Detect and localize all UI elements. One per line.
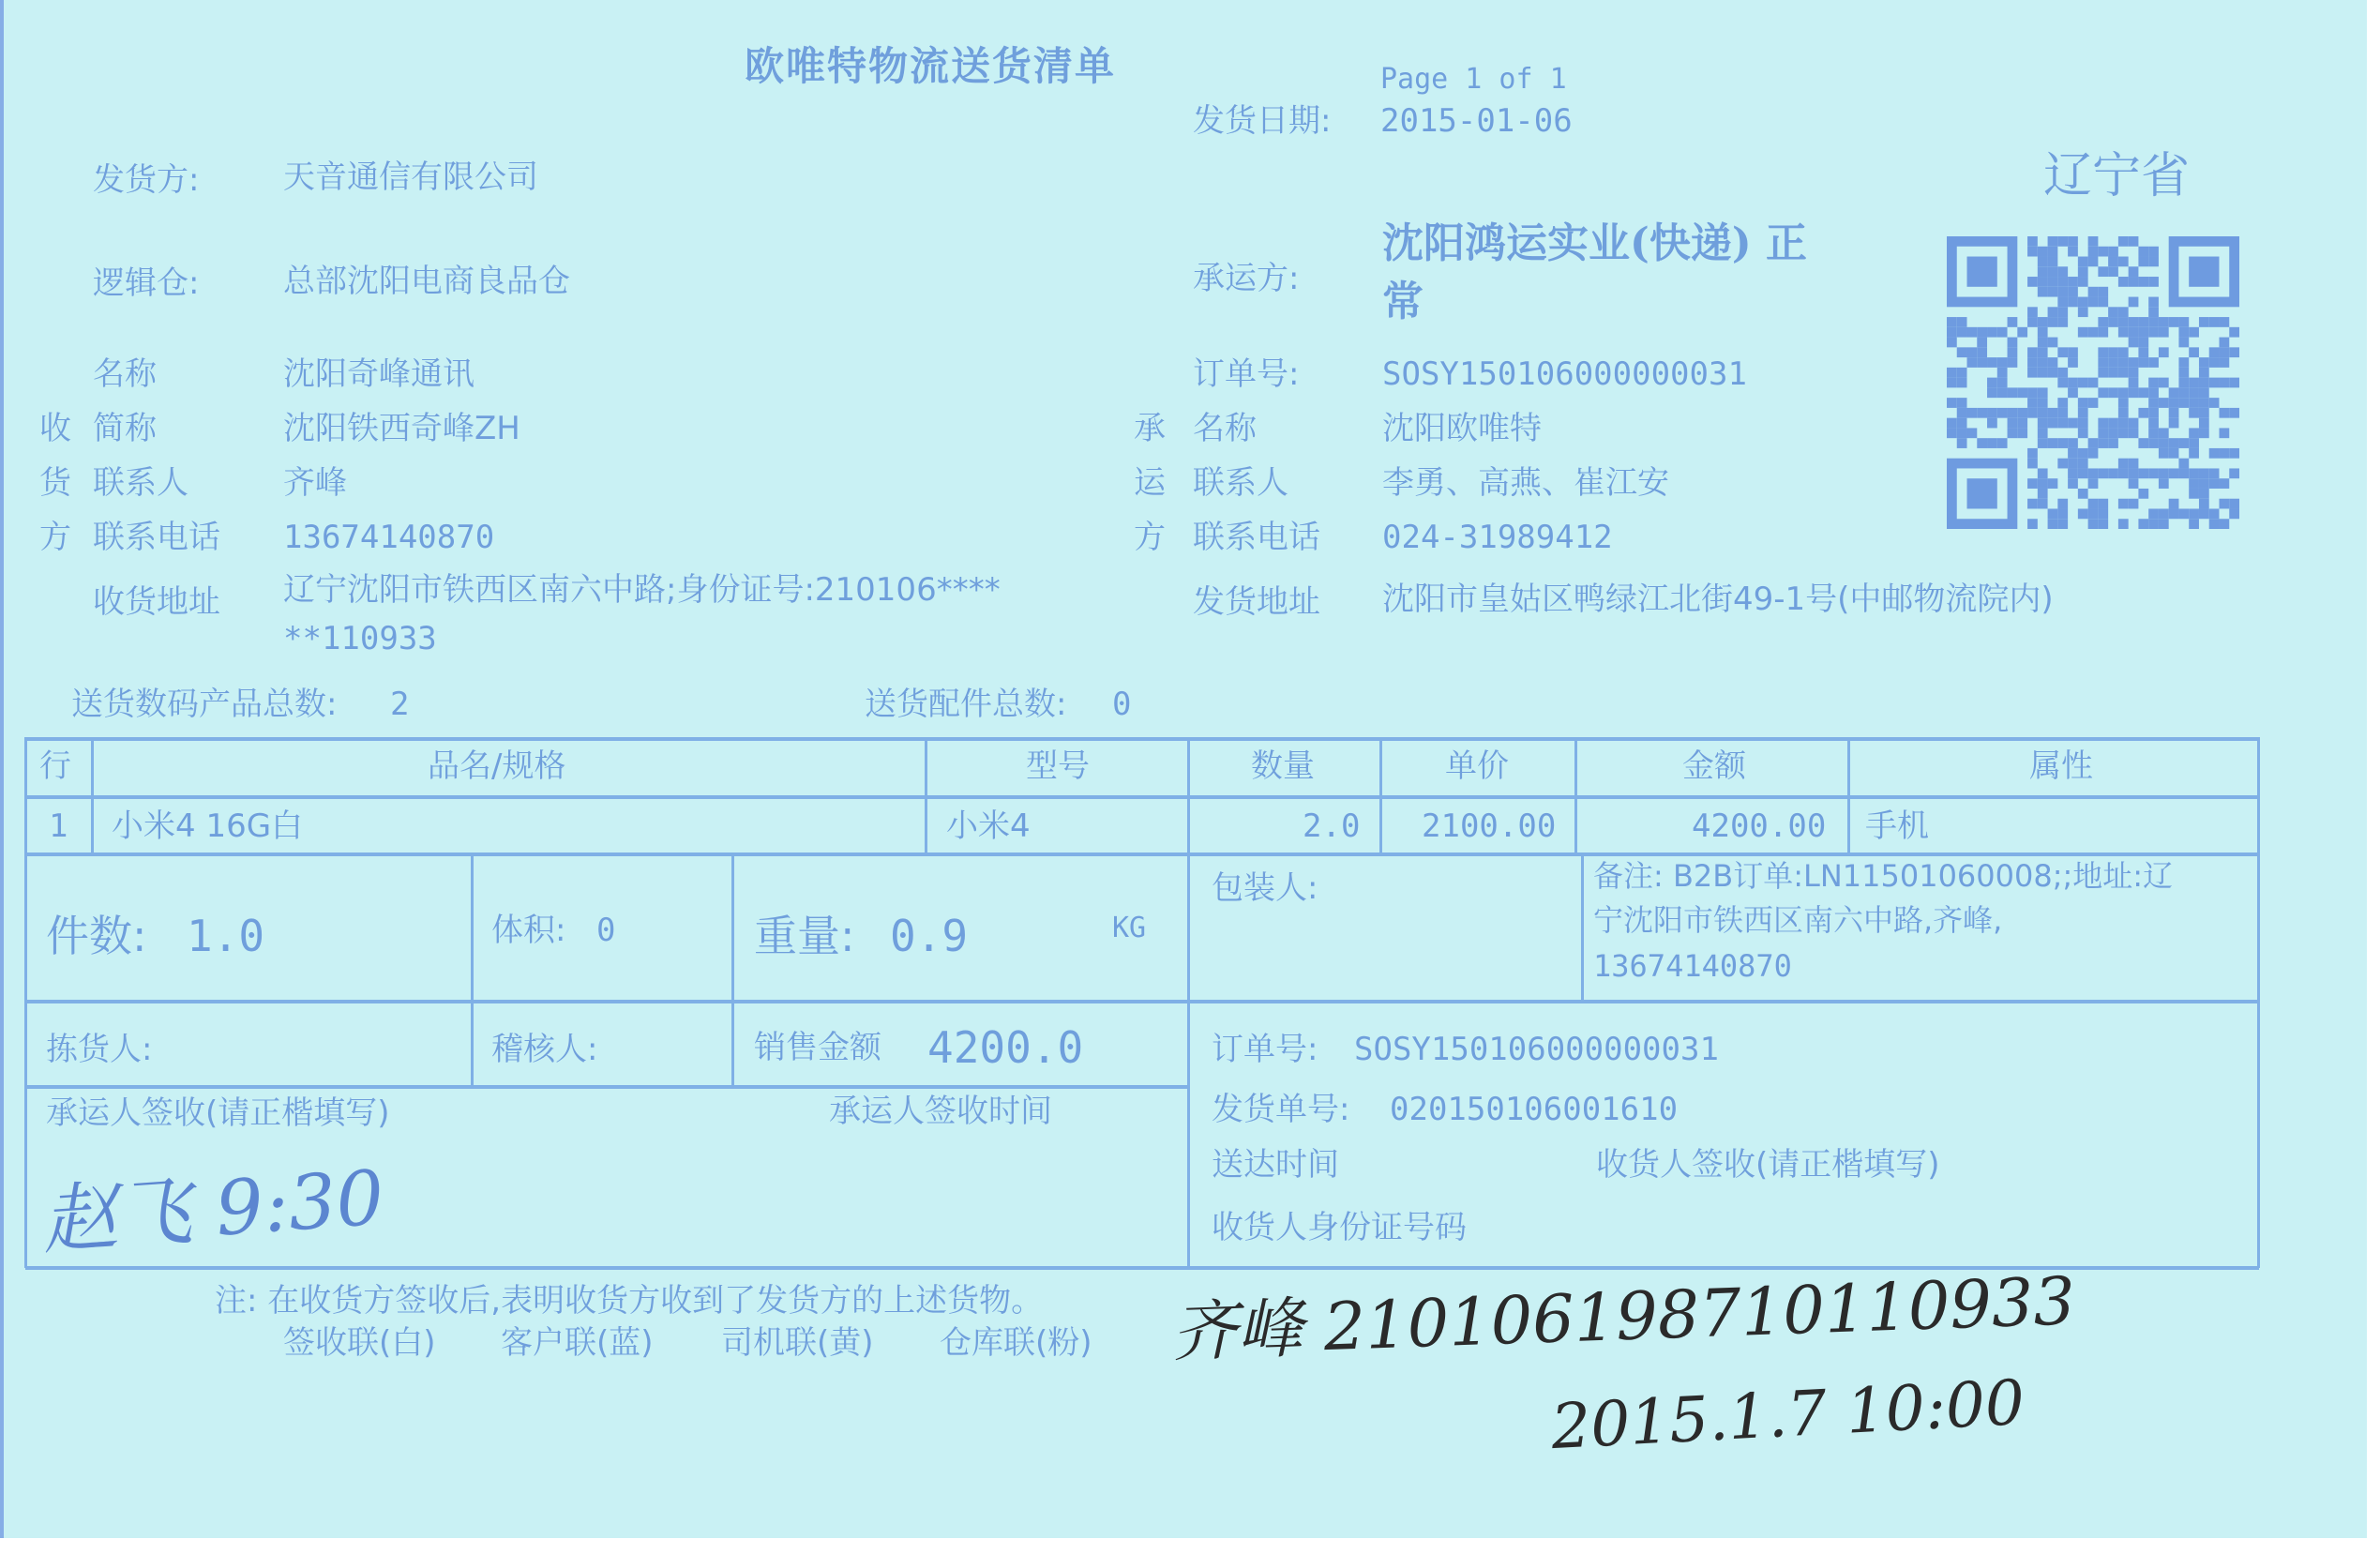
- col-divider: [471, 852, 474, 1087]
- delivery-number-label: 发货单号:: [1212, 1094, 1349, 1125]
- carrier-contact: 李勇、高燕、崔江安: [1382, 467, 1669, 499]
- copy-warehouse: 仓库联(粉): [940, 1327, 1092, 1359]
- footer-note: 注: 在收货方签收后,表明收货方收到了发货方的上述货物。: [215, 1285, 1043, 1317]
- cell-row-number: 1: [49, 810, 68, 842]
- sales-amount: 4200.0: [927, 1026, 1083, 1069]
- carrier-order-label: 订单号:: [1193, 358, 1299, 390]
- col-divider: [925, 737, 927, 854]
- carrier-sign-label: 承运人签收(请正楷填写): [46, 1097, 390, 1129]
- shipper-value: 天音通信有限公司: [283, 161, 538, 193]
- table-border-left: [24, 737, 27, 1268]
- carrier-signature: 赵飞 9:30: [38, 1137, 386, 1268]
- col-divider: [1847, 737, 1850, 854]
- receiver-name-label: 名称: [93, 358, 157, 390]
- col-divider: [1574, 737, 1577, 854]
- copy-customer: 客户联(蓝): [501, 1327, 654, 1359]
- volume-label: 体积:: [491, 914, 565, 946]
- receiver-side-char-3: 方: [39, 521, 71, 553]
- digital-total-label: 送货数码产品总数:: [71, 688, 337, 720]
- carrier-address: 沈阳市皇姑区鸭绿江北街49-1号(中邮物流院内): [1382, 583, 2054, 615]
- header-amount: 金额: [1682, 750, 1746, 782]
- cell-quantity: 2.0: [1303, 810, 1360, 842]
- ship-date-label: 发货日期:: [1193, 105, 1331, 137]
- receiver-phone-label: 联系电话: [93, 521, 220, 553]
- table-border-right: [2257, 737, 2260, 1268]
- carrier-phone: 024-31989412: [1382, 521, 1613, 553]
- ship-date: 2015-01-06: [1380, 105, 1573, 137]
- receiver-address-label: 收货地址: [93, 586, 220, 618]
- summary-divider: [25, 1000, 2259, 1003]
- receiver-sign-label: 收货人签收(请正楷填写): [1596, 1149, 1940, 1181]
- packer-label: 包装人:: [1212, 872, 1318, 904]
- digital-total: 2: [390, 688, 409, 720]
- table-row-divider: [25, 852, 2259, 856]
- document-title: 欧唯特物流送货清单: [745, 47, 1116, 86]
- cell-amount: 4200.00: [1692, 810, 1826, 842]
- cell-unit-price: 2100.00: [1422, 810, 1556, 842]
- weight-unit: KG: [1112, 914, 1146, 943]
- col-divider: [1581, 852, 1584, 1002]
- header-quantity: 数量: [1251, 750, 1315, 782]
- shipper-label: 发货方:: [93, 164, 199, 196]
- col-divider: [1187, 737, 1190, 1268]
- sign-divider: [25, 1085, 1190, 1089]
- carrier-side-char-1: 承: [1134, 413, 1166, 445]
- carrier-value-cont: 常: [1382, 281, 1423, 323]
- receiver-id-label: 收货人身份证号码: [1212, 1212, 1467, 1244]
- carrier-name-label: 名称: [1193, 413, 1257, 445]
- pieces-value: 1.0: [187, 914, 264, 958]
- carrier-address-label: 发货地址: [1193, 586, 1320, 618]
- remark-line-3: 13674140870: [1593, 951, 1792, 981]
- page-indicator: Page 1 of 1: [1380, 66, 1567, 94]
- receiver-address-cont: **110933: [283, 623, 437, 655]
- receiver-short-label: 简称: [93, 413, 157, 445]
- col-divider: [1379, 737, 1382, 854]
- carrier-contact-label: 联系人: [1193, 467, 1288, 499]
- volume-value: 0: [596, 914, 615, 946]
- receiver-contact-label: 联系人: [93, 467, 188, 499]
- delivery-number: 020150106001610: [1390, 1094, 1678, 1125]
- receiver-contact: 齐峰: [283, 467, 347, 499]
- carrier-label: 承运方:: [1193, 263, 1299, 294]
- pieces-label: 件数:: [46, 914, 147, 958]
- sales-amount-label: 销售金额: [754, 1032, 881, 1064]
- carrier-phone-label: 联系电话: [1193, 521, 1320, 553]
- cell-product-name: 小米4 16G白: [112, 810, 303, 842]
- copy-sign: 签收联(白): [283, 1327, 436, 1359]
- cell-model: 小米4: [946, 810, 1031, 842]
- receiver-address: 辽宁沈阳市铁西区南六中路;身份证号:210106****: [283, 574, 1001, 606]
- warehouse-label: 逻辑仓:: [93, 267, 199, 299]
- carrier-sign-time-label: 承运人签收时间: [829, 1095, 1052, 1127]
- copy-driver: 司机联(黄): [721, 1327, 874, 1359]
- accessory-total: 0: [1112, 688, 1131, 720]
- header-product-name: 品名/规格: [428, 750, 565, 782]
- carrier-name: 沈阳欧唯特: [1382, 413, 1542, 445]
- accessory-total-label: 送货配件总数:: [865, 688, 1066, 720]
- delivery-slip: 欧唯特物流送货清单 Page 1 of 1 发货日期: 2015-01-06 辽…: [0, 0, 2367, 1538]
- carrier-order-number: SOSY150106000000031: [1382, 358, 1747, 390]
- header-unit-price: 单价: [1445, 750, 1509, 782]
- carrier-value: 沈阳鸿运实业(快递) 正: [1382, 223, 1807, 264]
- picker-label: 拣货人:: [46, 1033, 152, 1065]
- weight-label: 重量:: [754, 914, 855, 958]
- weight-value: 0.9: [890, 914, 968, 958]
- arrival-time-label: 送达时间: [1212, 1149, 1339, 1181]
- receiver-phone: 13674140870: [283, 521, 494, 553]
- carrier-side-char-2: 运: [1134, 467, 1166, 499]
- cell-attribute: 手机: [1865, 810, 1929, 842]
- receiver-datetime: 2015.1.7 10:00: [1549, 1366, 2026, 1463]
- header-attribute: 属性: [2029, 750, 2093, 782]
- receiver-side-char-2: 货: [39, 467, 71, 499]
- receiver-name: 沈阳奇峰通讯: [283, 358, 474, 390]
- order-number-label: 订单号:: [1212, 1033, 1318, 1065]
- header-row-number: 行: [39, 750, 71, 782]
- table-header-divider: [25, 795, 2259, 799]
- table-border-top: [25, 737, 2259, 741]
- carrier-side-char-3: 方: [1134, 521, 1166, 553]
- qr-code: [1947, 236, 2239, 529]
- warehouse-value: 总部沈阳电商良品仓: [283, 265, 570, 297]
- remark-line-2: 宁沈阳市铁西区南六中路,齐峰,: [1593, 905, 2002, 935]
- col-divider: [91, 737, 94, 854]
- header-model: 型号: [1026, 750, 1090, 782]
- receiver-side-char-1: 收: [39, 413, 71, 445]
- remark-line-1: 备注: B2B订单:LN11501060008;;地址:辽: [1593, 861, 2173, 891]
- province-label: 辽宁省: [2043, 152, 2190, 201]
- checker-label: 稽核人:: [491, 1033, 597, 1065]
- order-number: SOSY150106000000031: [1354, 1033, 1719, 1065]
- col-divider: [731, 852, 734, 1087]
- receiver-short: 沈阳铁西奇峰ZH: [283, 413, 520, 445]
